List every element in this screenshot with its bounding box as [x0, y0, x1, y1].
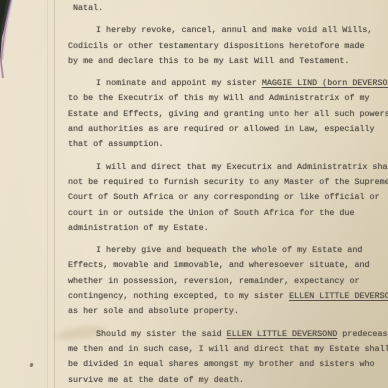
paragraph: I hereby revoke, cancel, annul and make …: [0, 23, 388, 69]
document-line: court in or outside the Union of South A…: [68, 206, 388, 221]
text-segment: predecease: [337, 329, 388, 339]
text-segment: Estate and Effects, giving and granting …: [68, 109, 388, 119]
document-line: Estate and Effects, giving and granting …: [68, 107, 388, 122]
text-segment: Should my sister the said: [96, 329, 227, 339]
document-line: me then and in such case, I will and dir…: [68, 342, 388, 357]
text-segment: administration of my Estate.: [68, 223, 209, 233]
document-line: not be required to furnish security to a…: [68, 175, 388, 190]
text-segment: I nominate and appoint my sister: [96, 78, 262, 88]
paragraph: I hereby give and bequeath the whole of …: [0, 243, 388, 319]
paragraph: Natal.: [0, 1, 388, 16]
document-line: and authorities as are required or allow…: [68, 122, 388, 137]
document-line: contingency, nothing excepted, to my sis…: [68, 289, 388, 304]
text-segment: that of assumption.: [68, 139, 164, 149]
text-segment: me then and in such case, I will and dir…: [68, 344, 388, 354]
text-segment: and authorities as are required or allow…: [68, 124, 375, 134]
document-line: I will and direct that my Executrix and …: [96, 160, 388, 175]
text-segment: Natal.: [73, 3, 103, 13]
document-line: I hereby revoke, cancel, annul and make …: [96, 23, 388, 38]
document-page: Natal.I hereby revoke, cancel, annul and…: [0, 0, 388, 388]
underlined-name: ELLEN LITTLE DEVERSON: [289, 291, 388, 301]
document-line: Codicils or other testamentary dispositi…: [68, 39, 388, 54]
text-segment: whether in possession, reversion, remain…: [68, 276, 360, 286]
document-line: whether in possession, reversion, remain…: [68, 274, 388, 289]
text-segment: court in or outside the Union of South A…: [68, 208, 354, 218]
text-segment: Effects, movable and immovable, and wher…: [68, 260, 370, 270]
text-segment: be divided in equal shares amongst my br…: [68, 359, 375, 369]
document-line: by me and declare this to be my Last Wil…: [68, 54, 388, 69]
text-segment: by me and declare this to be my Last Wil…: [68, 56, 349, 66]
document-line: I nominate and appoint my sister MAGGIE …: [96, 76, 388, 91]
document-line: survive me at the date of my death.: [68, 373, 388, 388]
document-line: Court of South Africa or any correspondi…: [68, 190, 388, 205]
text-segment: Codicils or other testamentary dispositi…: [68, 41, 365, 51]
text-segment: Court of South Africa or any correspondi…: [68, 192, 380, 202]
document-line: that of assumption.: [68, 137, 388, 152]
document-line: Should my sister the said ELLEN LITTLE D…: [96, 327, 388, 342]
underlined-name: ELLEN LITTLE DEVERSOND: [227, 329, 338, 339]
text-segment: I will and direct that my Executrix and …: [96, 162, 388, 172]
paragraph: I nominate and appoint my sister MAGGIE …: [0, 76, 388, 152]
text-segment: to be the Executrix of this my Will and …: [68, 93, 370, 103]
document-line: Effects, movable and immovable, and wher…: [68, 258, 388, 273]
underlined-name: MAGGIE LIND (born DEVERSON: [262, 78, 388, 88]
document-line: be divided in equal shares amongst my br…: [68, 357, 388, 372]
document-line: administration of my Estate.: [68, 221, 388, 236]
text-segment: I hereby give and bequeath the whole of …: [96, 245, 362, 255]
document-line: to be the Executrix of this my Will and …: [68, 91, 388, 106]
text-segment: survive me at the date of my death.: [68, 375, 244, 385]
text-segment: I hereby revoke, cancel, annul and make …: [96, 25, 372, 35]
text-segment: as her sole and absolute property.: [68, 306, 239, 316]
document-line: as her sole and absolute property.: [68, 304, 388, 319]
document-text: Natal.I hereby revoke, cancel, annul and…: [0, 1, 388, 388]
text-segment: contingency, nothing excepted, to my sis…: [68, 291, 289, 301]
paragraph: Should my sister the said ELLEN LITTLE D…: [0, 327, 388, 388]
paragraph: I will and direct that my Executrix and …: [0, 160, 388, 236]
document-line: I hereby give and bequeath the whole of …: [96, 243, 388, 258]
document-line: Natal.: [73, 1, 388, 16]
text-segment: not be required to furnish security to a…: [68, 177, 388, 187]
